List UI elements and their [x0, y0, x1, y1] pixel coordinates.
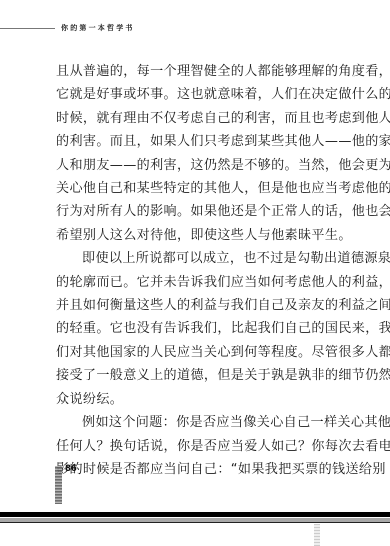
- text-line: 关心他自己和某些特定的其他人，但是他也应当考虑他的: [56, 177, 356, 200]
- paragraph-3: 例如这个问题：你是否应当像关心自己一样关心其他 任何人？换句话说，你是否应当爱人…: [56, 411, 356, 481]
- text-line: 并且如何衡量这些人的利益与我们自己及亲友的利益之间: [56, 294, 356, 317]
- text-line: 任何人？换句话说，你是否应当爱人如己？你每次去看电: [56, 435, 356, 458]
- text-line: 众说纷纭。: [56, 388, 356, 411]
- scan-artifact: [314, 524, 320, 546]
- text-line: 的轻重。它也没有告诉我们，比起我们自己的国民来，我: [56, 317, 356, 340]
- page-folio: 86: [55, 466, 77, 504]
- paragraph-1: 且从普遍的，每一个理智健全的人都能够理解的角度看， 它就是好事或坏事。这也就意味…: [56, 60, 356, 247]
- page-bottom-rule-grey: [0, 518, 390, 523]
- folio-decoration: [55, 466, 62, 504]
- text-line: 接受了一般意义上的道德，但是关于孰是孰非的细节仍然: [56, 364, 356, 387]
- text-line: 它就是好事或坏事。这也就意味着，人们在决定做什么的: [56, 83, 356, 106]
- running-head-rule: [0, 28, 55, 29]
- text-line: 行为对所有人的影响。如果他还是个正常人的话，他也会: [56, 200, 356, 223]
- book-title: 你的第一本哲学书: [61, 23, 135, 33]
- text-line: 人和朋友——的利害，这仍然是不够的。当然，他会更为: [56, 154, 356, 177]
- text-line: 希望别人这么对待他，即使这些人与他素昧平生。: [56, 224, 356, 247]
- text-line: 例如这个问题：你是否应当像关心自己一样关心其他: [56, 411, 356, 434]
- paragraph-2: 即使以上所说都可以成立，也不过是勾勒出道德源泉 的轮廓而已。它并未告诉我们应当如…: [56, 247, 356, 411]
- text-line: 的利害。而且，如果人们只考虑到某些其他人——他的家: [56, 130, 356, 153]
- running-head: 你的第一本哲学书: [0, 23, 135, 33]
- page-number: 86: [65, 464, 77, 474]
- text-line: 影的时候是否都应当问自己：“如果我把买票的钱送给别: [56, 458, 356, 481]
- page-bottom-rule-black: [0, 512, 390, 517]
- text-line: 且从普遍的，每一个理智健全的人都能够理解的角度看，: [56, 60, 356, 83]
- text-line: 即使以上所说都可以成立，也不过是勾勒出道德源泉: [56, 247, 356, 270]
- text-line: 们对其他国家的人民应当关心到何等程度。尽管很多人都: [56, 341, 356, 364]
- text-line: 的轮廓而已。它并未告诉我们应当如何考虑他人的利益，: [56, 271, 356, 294]
- body-text: 且从普遍的，每一个理智健全的人都能够理解的角度看， 它就是好事或坏事。这也就意味…: [56, 60, 356, 481]
- text-line: 时候，就有理由不仅考虑自己的利害，而且也考虑到他人: [56, 107, 356, 130]
